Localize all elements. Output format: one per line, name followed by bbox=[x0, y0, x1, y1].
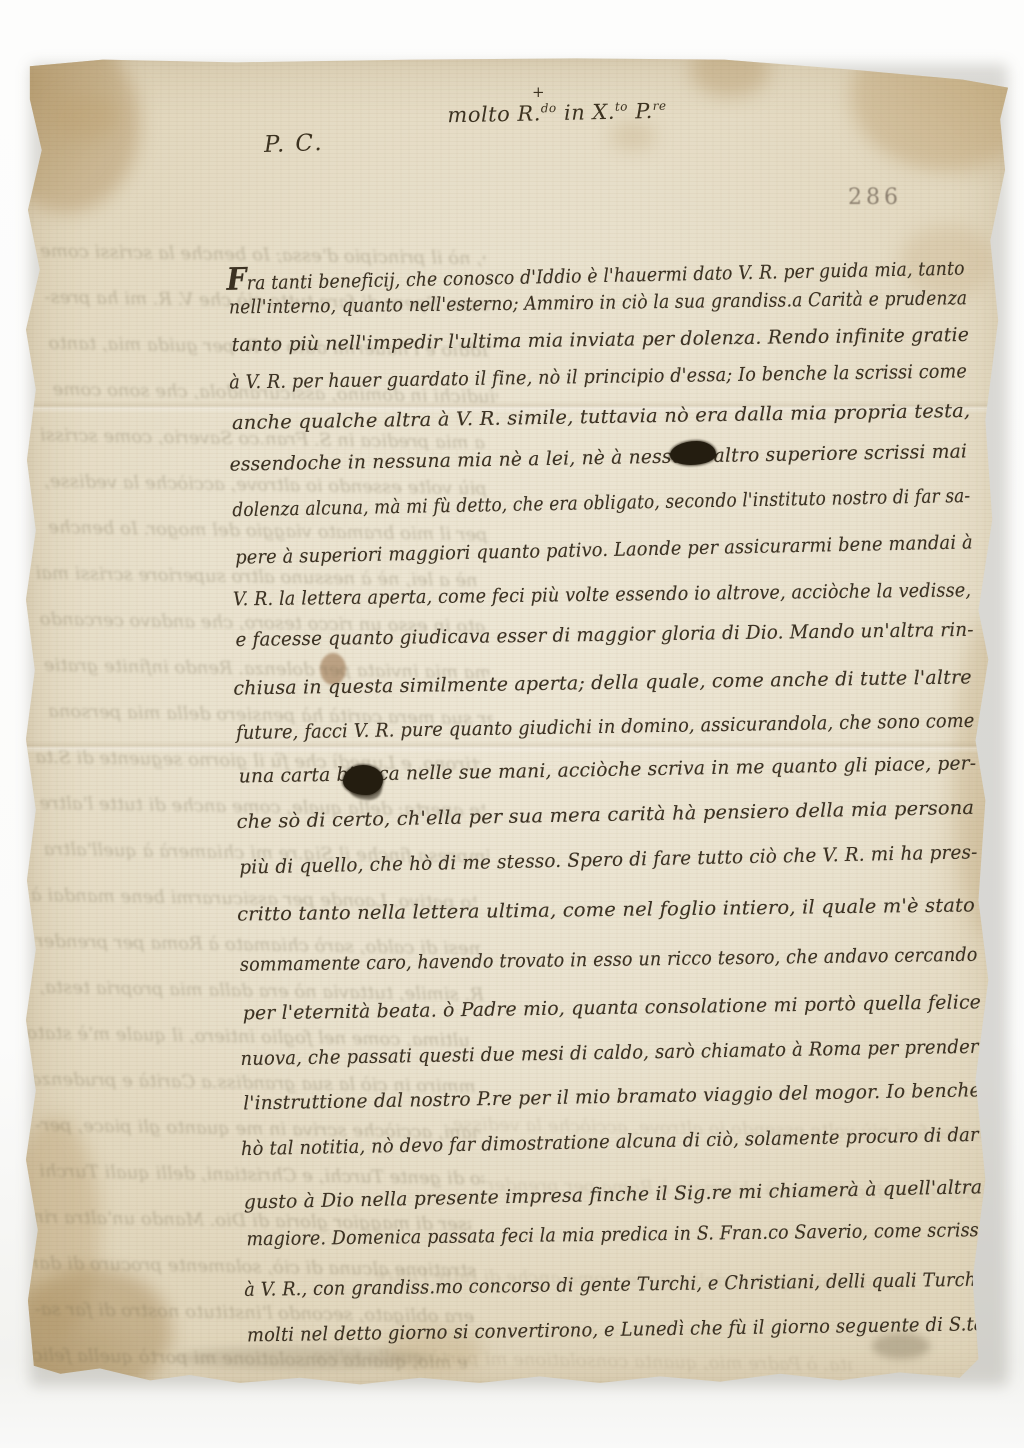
letter-line: critto tanto nella lettera ultima, come … bbox=[237, 895, 959, 926]
letter-line: che sò di certo, ch'ella per sua mera ca… bbox=[236, 797, 960, 833]
manuscript-scan: à V. R. per hauer guardato il fine, nò i… bbox=[0, 0, 1024, 1448]
letter-line: anche qualche altra à V. R. simile, tutt… bbox=[232, 400, 954, 434]
letter-line: una carta bianca nelle sue mani, acciòch… bbox=[239, 752, 994, 788]
letter-line: l'instruttione dal nostro P.re per il mi… bbox=[243, 1079, 998, 1115]
letter-line: nuova, che passati questi due mesi di ca… bbox=[240, 1035, 1023, 1070]
letter-line: chiusa in questa similmente aperta; dell… bbox=[233, 666, 972, 699]
letter-body: Fra tanti beneficij, che conosco d'Iddio… bbox=[12, 44, 1020, 1390]
letter-line: tanto più nell'impedir l'ultima mia invi… bbox=[232, 324, 979, 356]
letter-line: più di quello, che hò di me stesso. Sper… bbox=[239, 841, 1005, 879]
letter-line: e facesse quanto giudicava esser di magg… bbox=[235, 618, 1003, 651]
letter-line: per l'eternità beata. ò Padre mio, quant… bbox=[243, 991, 990, 1024]
letter-line: dolenza alcuna, mà mi fù detto, che era … bbox=[232, 483, 1024, 521]
letter-line: essendoche in nessuna mia nè a lei, nè à… bbox=[229, 440, 980, 475]
letter-line: molti nel detto giorno si convertirono, … bbox=[247, 1312, 1024, 1346]
letter-line: future, facci V. R. pure quanto giudichi… bbox=[236, 709, 1024, 744]
letter-line: pere à superiori maggiori quanto pativo.… bbox=[235, 530, 1024, 568]
letter-page: à V. R. per hauer guardato il fine, nò i… bbox=[24, 57, 1010, 1387]
letter-line: sommamente caro, havendo trovato in esso… bbox=[240, 943, 1024, 976]
letter-line: à V. R., con grandiss.mo concorso di gen… bbox=[244, 1268, 1024, 1301]
letter-line: V. R. la lettera aperta, come feci più v… bbox=[233, 578, 1024, 610]
letter-line: hò tal notitia, nò devo far dimostration… bbox=[241, 1123, 1024, 1160]
letter-line: à V. R. per hauer guardato il fine, nò i… bbox=[229, 359, 1024, 393]
letter-line: gusto à Dio nella presente impresa finch… bbox=[244, 1176, 992, 1214]
letter-line: magiore. Domenica passata feci la mia pr… bbox=[246, 1218, 1024, 1250]
